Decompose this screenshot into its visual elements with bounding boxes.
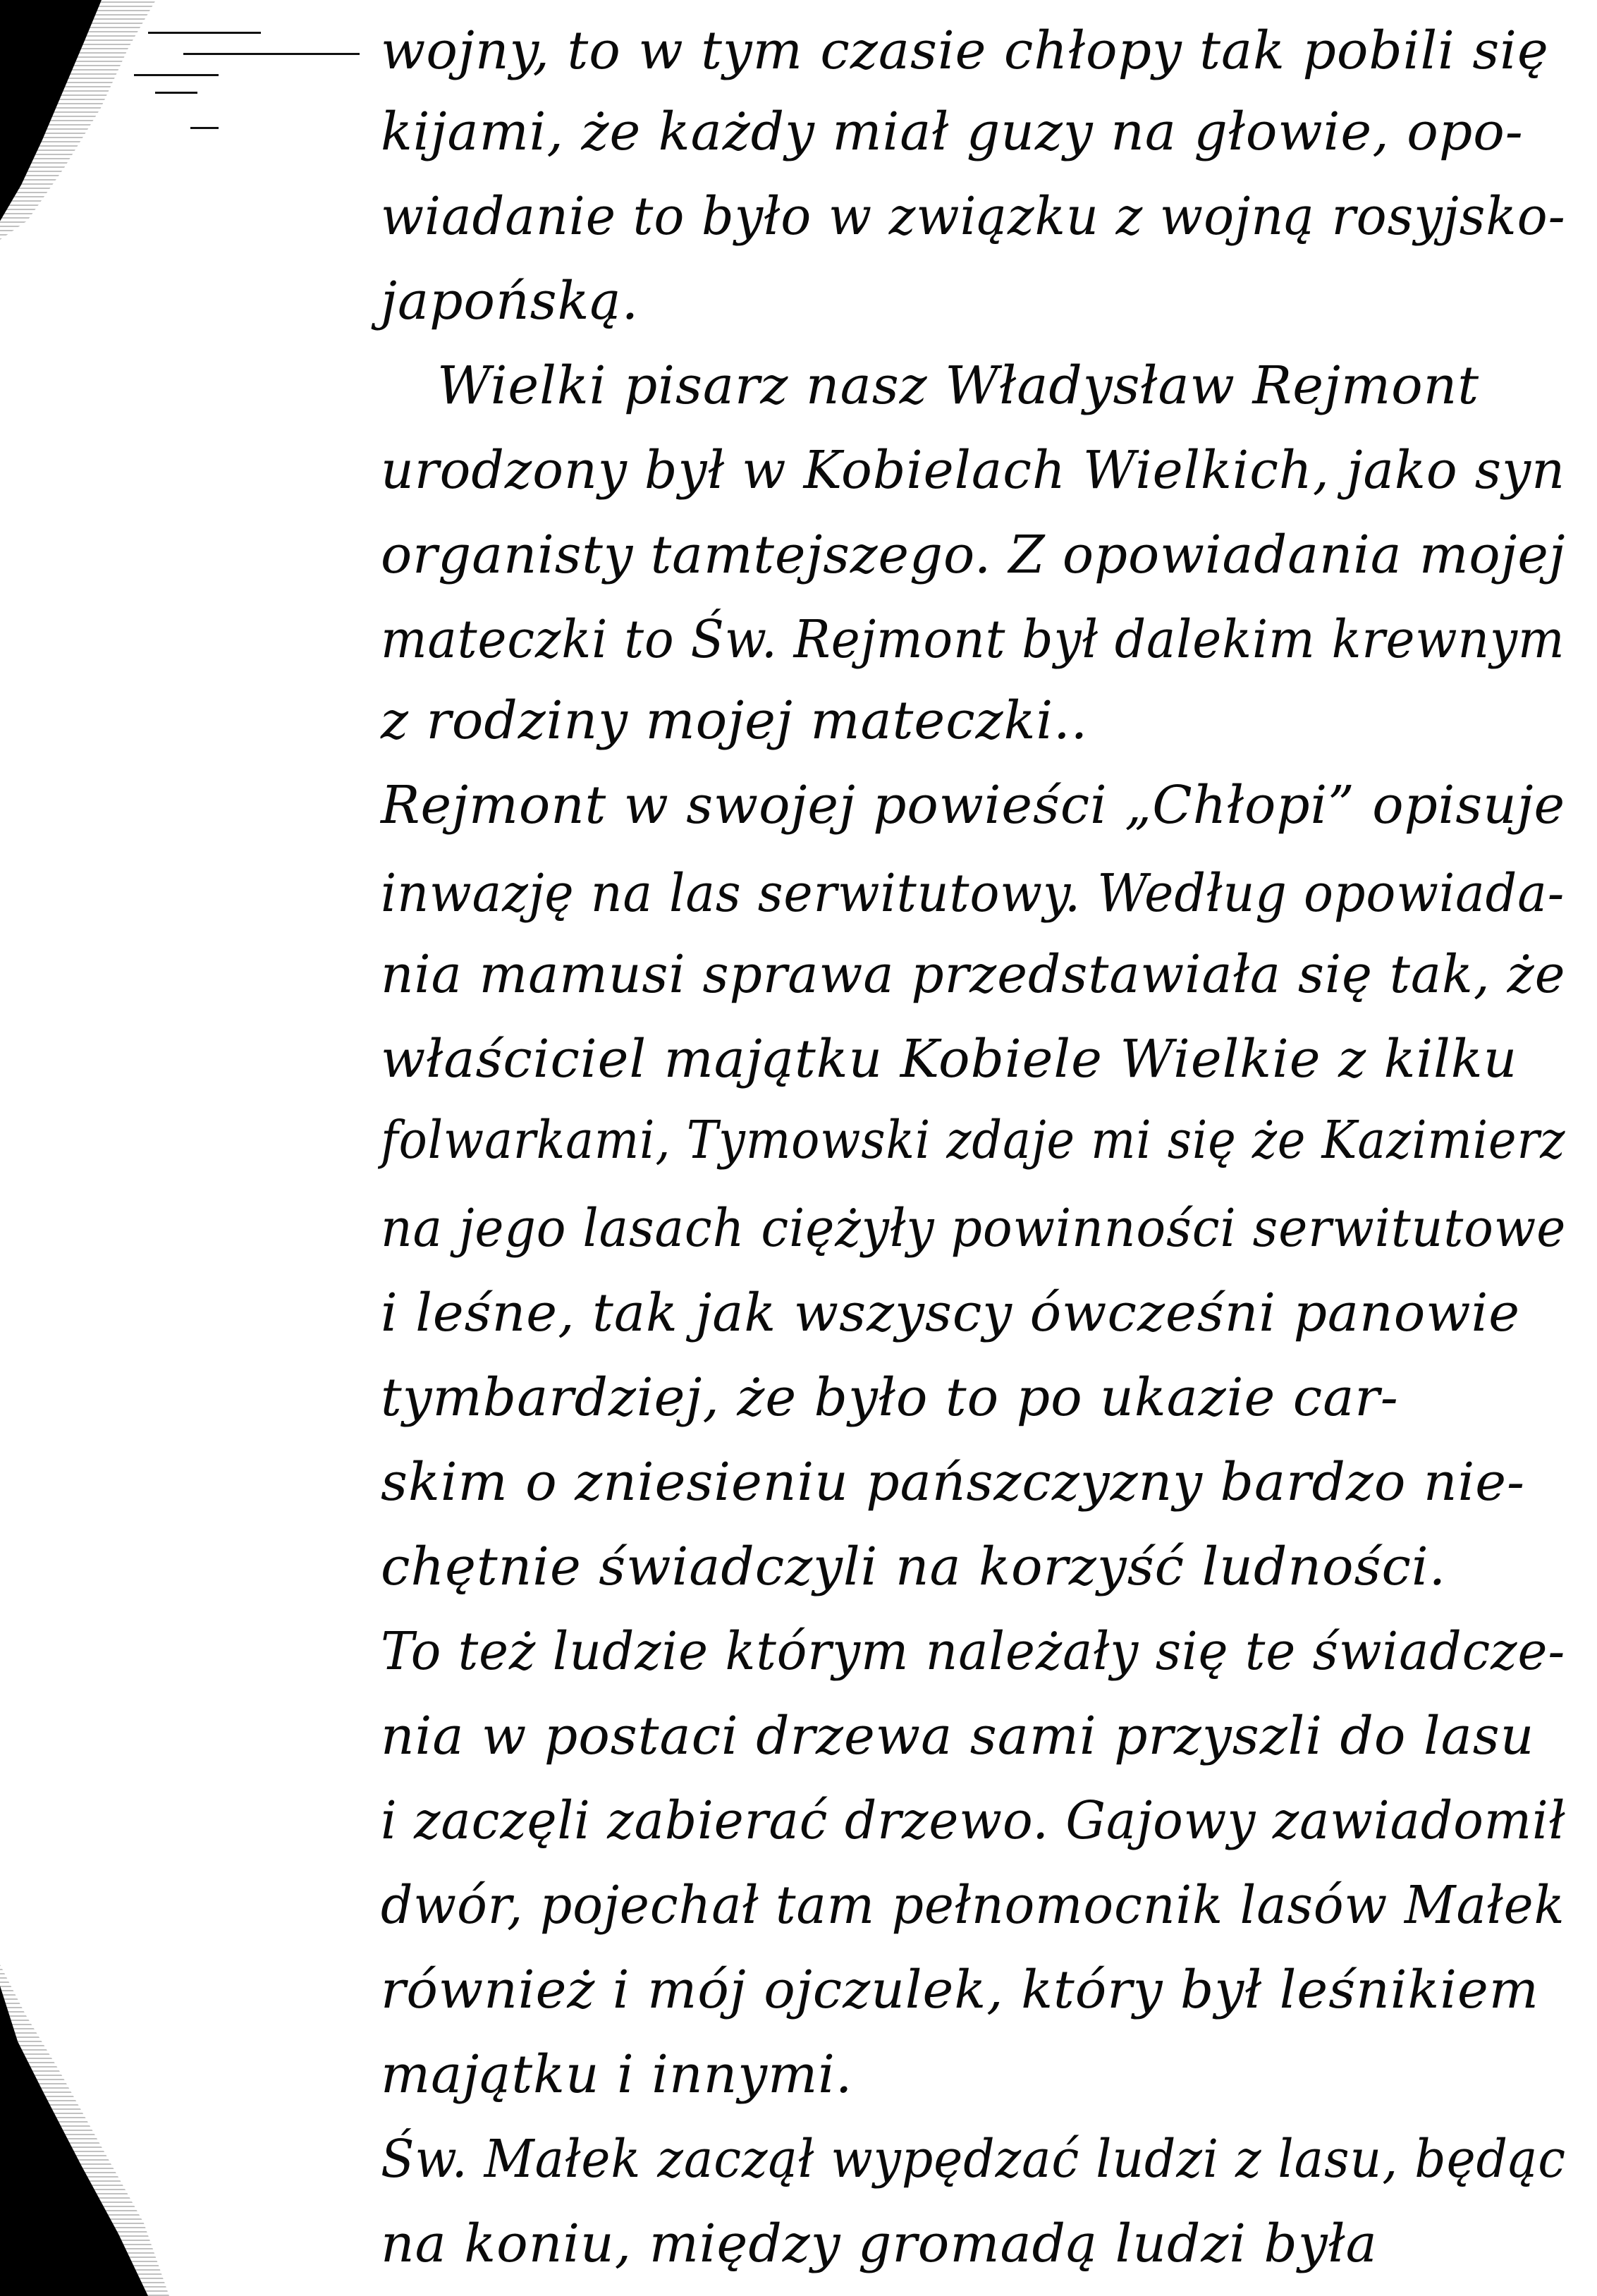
text-line: inwazję na las serwitutowy. Według opowi… — [381, 867, 1565, 920]
text-line: wojny, to w tym czasie chłopy tak pobili… — [381, 25, 1549, 77]
text-line: skim o zniesieniu pańszczyzny bardzo nie… — [381, 1456, 1525, 1508]
paragraph-start-line: Św. Małek zaczął wypędzać ludzi z lasu, … — [381, 2133, 1566, 2185]
text-line: na koniu, między gromadą ludzi była — [381, 2218, 1378, 2270]
text-line: majątku i innymi. — [381, 2048, 852, 2101]
text-line: również i mój ojczulek, który był leśnik… — [381, 1964, 1539, 2016]
text-line: i zaczęli zabierać drzewo. Gajowy zawiad… — [381, 1795, 1566, 1847]
scan-artifacts — [106, 21, 374, 148]
text-line: nia mamusi sprawa przedstawiała się tak,… — [381, 948, 1565, 1001]
manuscript-page: wojny, to w tym czasie chłopy tak pobili… — [0, 0, 1597, 2296]
text-line: organisty tamtejszego. Z opowiadania moj… — [381, 529, 1566, 581]
text-line: nia w postaci drzewa sami przyszli do la… — [381, 1710, 1534, 1762]
paragraph-start-line: To też ludzie którym należały się te świ… — [381, 1625, 1565, 1678]
text-line: dwór, pojechał tam pełnomocnik lasów Mał… — [381, 1879, 1565, 1931]
text-line: folwarkami, Tymowski zdaje mi się że Kaz… — [381, 1114, 1565, 1166]
text-line: chętnie świadczyli na korzyść ludności. — [381, 1541, 1446, 1593]
text-line: właściciel majątku Kobiele Wielkie z kil… — [381, 1033, 1517, 1085]
text-line: urodzony był w Kobielach Wielkich, jako … — [381, 444, 1565, 496]
text-line: japońską. — [381, 275, 639, 327]
paragraph-start-line: Rejmont w swojej powieści „Chłopi” opisu… — [381, 779, 1565, 831]
text-line: na jego lasach ciężyły powinności serwit… — [381, 1202, 1566, 1254]
text-line: z rodziny mojej mateczki.. — [381, 695, 1088, 747]
scan-noise-bottom — [0, 1965, 169, 2296]
text-line: i leśne, tak jak wszyscy ówcześni panowi… — [381, 1287, 1520, 1339]
paragraph-start-line: Wielki pisarz nasz Władysław Rejmont — [381, 360, 1479, 412]
text-line: wiadanie to było w związku z wojną rosyj… — [381, 190, 1566, 243]
text-line-with-strikethrough: tymbardziej, że było to po ukazie car- — [381, 1372, 1399, 1424]
text-line: mateczki to Św. Rejmont był dalekim krew… — [381, 613, 1565, 666]
text-line: kijami, że każdy miał guzy na głowie, op… — [381, 106, 1524, 158]
